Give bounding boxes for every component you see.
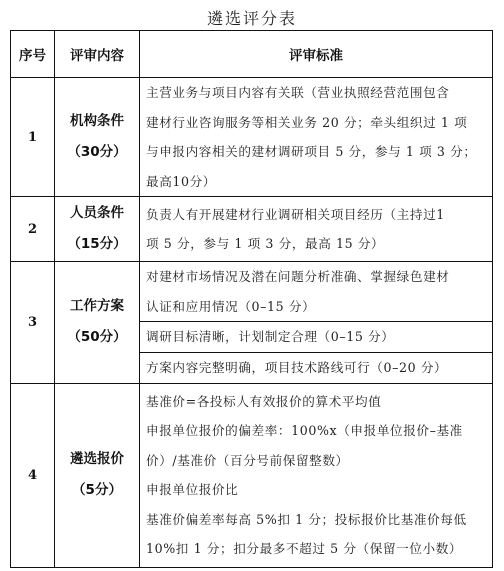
criteria-cell: 方案内容完整明确，项目技术路线可行（0–20 分） — [140, 353, 493, 384]
criteria-line: 基准价=各投标人有效报价的算术平均值 — [146, 387, 488, 417]
row-category: 机构条件 （30分） — [55, 78, 140, 197]
criteria-cell: 基准价=各投标人有效报价的算术平均值 申报单位报价的偏差率：100%x（申报单位… — [140, 383, 493, 567]
row-number: 1 — [11, 78, 55, 197]
row-number: 2 — [11, 197, 55, 262]
table-row: 1 机构条件 （30分） 主营业务与项目内容有关联（营业执照经营范围包含 建材行… — [11, 78, 493, 197]
criteria-line: 最高10分） — [146, 167, 488, 197]
row-number: 3 — [11, 262, 55, 384]
criteria-cell: 主营业务与项目内容有关联（营业执照经营范围包含 建材行业咨询服务等相关业务 20… — [140, 78, 493, 197]
scoring-table: 序号 评审内容 评审标准 1 机构条件 （30分） 主营业务与项目内容有关联（营… — [10, 30, 493, 568]
criteria-line: 负责人有开展建材行业调研相关项目经历（主持过1 — [146, 200, 488, 230]
criteria-line: 申报单位报价的偏差率：100%x（申报单位报价–基准 — [146, 416, 488, 446]
table-row: 4 遴选报价 （5分） 基准价=各投标人有效报价的算术平均值 申报单位报价的偏差… — [11, 383, 493, 567]
row-category: 人员条件 （15分） — [55, 197, 140, 262]
document-title: 遴选评分表 — [0, 6, 504, 29]
header-criteria: 评审标准 — [140, 31, 493, 78]
criteria-line: 与申报内容相关的建材调研项目 5 分，参与 1 项 3 分； — [146, 137, 488, 167]
category-points: （5分） — [55, 475, 139, 506]
category-label: 人员条件 — [55, 198, 139, 229]
criteria-cell: 对建材市场情况及潜在问题分析准确、掌握绿色建材 认证和应用情况（0–15 分） — [140, 262, 493, 322]
criteria-cell: 调研目标清晰，计划制定合理（0–15 分） — [140, 322, 493, 353]
category-points: （15分） — [55, 229, 139, 260]
category-label: 遴选报价 — [55, 444, 139, 475]
row-number: 4 — [11, 383, 55, 567]
criteria-line: 基准价偏差率每高 5%扣 1 分；投标报价比基准价每低 — [146, 505, 488, 535]
row-category: 遴选报价 （5分） — [55, 383, 140, 567]
criteria-line: 方案内容完整明确，项目技术路线可行（0–20 分） — [146, 353, 488, 383]
table-row: 3 工作方案 （50分） 对建材市场情况及潜在问题分析准确、掌握绿色建材 认证和… — [11, 262, 493, 322]
category-label: 工作方案 — [55, 291, 139, 322]
table-row: 2 人员条件 （15分） 负责人有开展建材行业调研相关项目经历（主持过1 项 5… — [11, 197, 493, 262]
criteria-line: 调研目标清晰，计划制定合理（0–15 分） — [146, 322, 488, 352]
table-header-row: 序号 评审内容 评审标准 — [11, 31, 493, 78]
criteria-cell: 负责人有开展建材行业调研相关项目经历（主持过1 项 5 分，参与 1 项 3 分… — [140, 197, 493, 262]
category-points: （50分） — [55, 322, 139, 353]
category-label: 机构条件 — [55, 106, 139, 137]
criteria-line: 对建材市场情况及潜在问题分析准确、掌握绿色建材 — [146, 262, 488, 292]
criteria-line: 价）/基准价（百分号前保留整数） — [146, 446, 488, 476]
criteria-line: 申报单位报价比 — [146, 475, 488, 505]
criteria-line: 项 5 分，参与 1 项 3 分，最高 15 分） — [146, 229, 488, 259]
criteria-line: 认证和应用情况（0–15 分） — [146, 292, 488, 322]
criteria-line: 10%扣 1 分；扣分最多不超过 5 分（保留一位小数） — [146, 534, 488, 564]
header-serial: 序号 — [11, 31, 55, 78]
header-content: 评审内容 — [55, 31, 140, 78]
category-points: （30分） — [55, 137, 139, 168]
row-category: 工作方案 （50分） — [55, 262, 140, 384]
criteria-line: 建材行业咨询服务等相关业务 20 分；牵头组织过 1 项 — [146, 108, 488, 138]
criteria-line: 主营业务与项目内容有关联（营业执照经营范围包含 — [146, 78, 488, 108]
